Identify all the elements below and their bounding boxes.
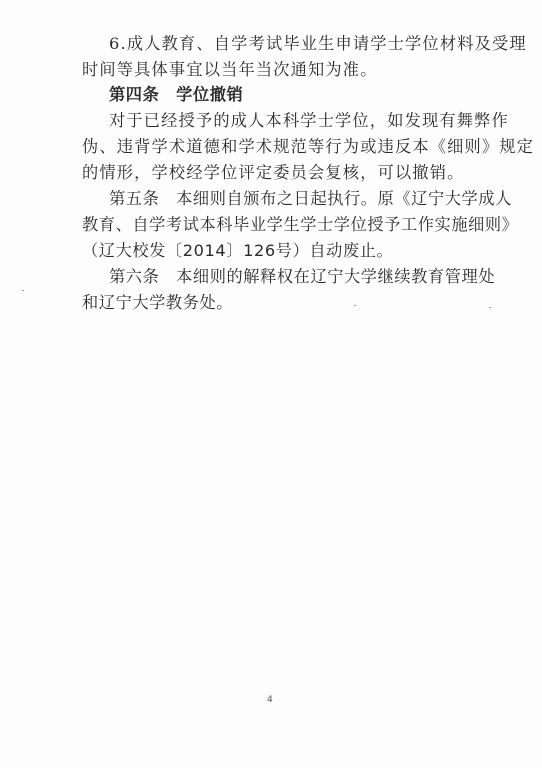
scan-speck xyxy=(354,305,356,306)
paragraph-line-item6-cont: 时间等具体事宜以当年当次通知为准。 xyxy=(82,56,378,80)
article-4-line-3: 的情形，学校经学位评定委员会复核，可以撤销。 xyxy=(82,159,465,183)
article-4-line-1: 对于已经授予的成人本科学士学位，如发现有舞弊作 xyxy=(109,107,509,131)
paragraph-line-item6: 6.成人教育、自学考试毕业生申请学士学位材料及受理 xyxy=(109,30,527,54)
scan-speck xyxy=(489,307,491,308)
article-5-line-2: 教育、自学考试本科毕业学生学士学位授予工作实施细则》 xyxy=(82,211,518,235)
article-6-line-1: 第六条 本细则的解释权在辽宁大学继续教育管理处 xyxy=(109,263,495,287)
article-6-line-2: 和辽宁大学教务处。 xyxy=(82,289,233,313)
article-4-heading: 第四条 学位撤销 xyxy=(109,81,243,105)
article-5-line-1: 第五条 本细则自颁布之日起执行。原《辽宁大学成人 xyxy=(109,185,512,209)
document-page: 6.成人教育、自学考试毕业生申请学士学位材料及受理 时间等具体事宜以当年当次通知… xyxy=(0,0,542,768)
scan-speck xyxy=(22,290,24,291)
article-4-line-2: 伪、违背学术道德和学术规范等行为或违反本《细则》规定 xyxy=(82,133,534,157)
article-5-line-3: （辽大校发〔2014〕126号）自动废止。 xyxy=(82,237,393,261)
page-number: 4 xyxy=(267,695,273,705)
